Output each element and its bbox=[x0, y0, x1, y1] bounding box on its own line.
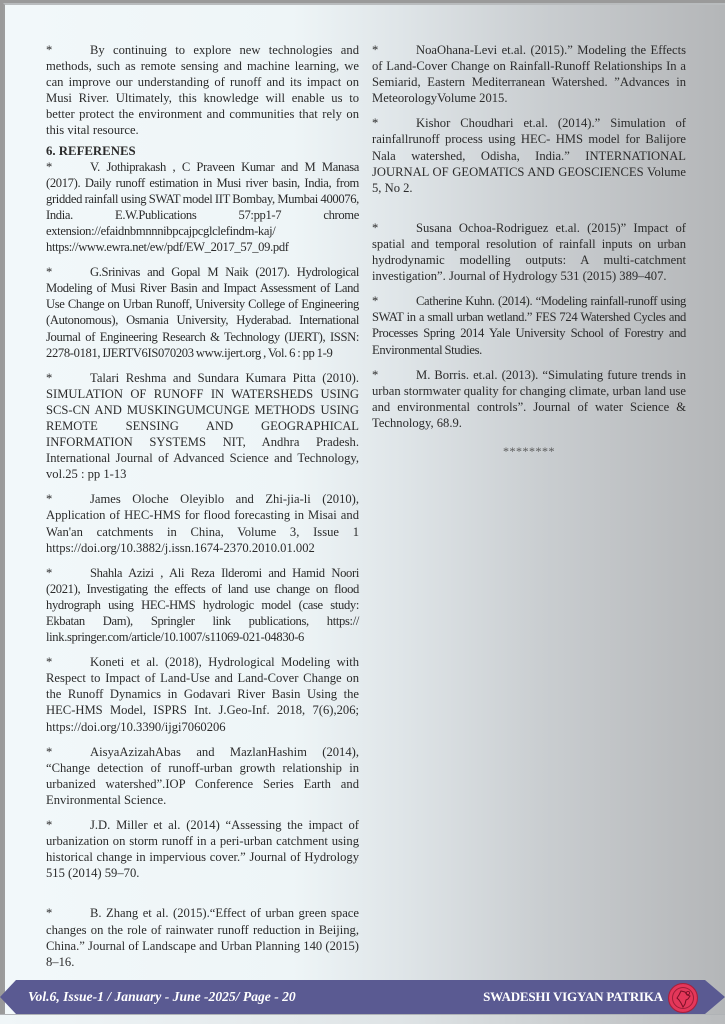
reference-item: *Kishor Choudhari et.al. (2014).” Simula… bbox=[372, 115, 686, 195]
bullet-asterisk: * bbox=[372, 42, 416, 58]
reference-text: Kishor Choudhari et.al. (2014).” Simulat… bbox=[372, 116, 686, 194]
reference-item: *Koneti et al. (2018), Hydrological Mode… bbox=[46, 654, 359, 734]
reference-item: *NoaOhana-Levi et.al. (2015).” Modeling … bbox=[372, 42, 686, 106]
issue-info-banner: Vol.6, Issue-1 / January - June -2025/ P… bbox=[0, 980, 440, 1014]
reference-item: *J.D. Miller et al. (2014) “Assessing th… bbox=[46, 817, 359, 881]
journal-emblem-icon bbox=[668, 983, 698, 1013]
journal-title: SWADESHI VIGYAN PATRIKA bbox=[483, 980, 663, 1014]
bullet-asterisk: * bbox=[46, 565, 90, 581]
reference-item: *Susana Ochoa-Rodriguez et.al. (2015)” I… bbox=[372, 220, 686, 284]
document-page: *By continuing to explore new technologi… bbox=[3, 3, 725, 1024]
reference-text: G.Srinivas and Gopal M Naik (2017). Hydr… bbox=[46, 265, 359, 359]
reference-item: *M. Borris. et.al. (2013). “Simulating f… bbox=[372, 367, 686, 431]
reference-item: *Talari Reshma and Sundara Kumara Pitta … bbox=[46, 370, 359, 483]
issue-info-text: Vol.6, Issue-1 / January - June -2025/ P… bbox=[28, 989, 296, 1004]
reference-text: James Oloche Oleyiblo and Zhi-jia-li (20… bbox=[46, 492, 359, 554]
bullet-asterisk: * bbox=[46, 264, 90, 280]
bullet-asterisk: * bbox=[372, 220, 416, 236]
bullet-asterisk: * bbox=[46, 370, 90, 386]
reference-text: NoaOhana-Levi et.al. (2015).” Modeling t… bbox=[372, 43, 686, 105]
reference-text: Catherine Kuhn. (2014). “Modeling rainfa… bbox=[372, 294, 686, 356]
paragraph-text: By continuing to explore new technologie… bbox=[46, 43, 359, 137]
reference-text: B. Zhang et al. (2015).“Effect of urban … bbox=[46, 906, 359, 968]
bullet-asterisk: * bbox=[46, 42, 90, 58]
bullet-asterisk: * bbox=[46, 905, 90, 921]
reference-text: J.D. Miller et al. (2014) “Assessing the… bbox=[46, 818, 359, 880]
reference-text: AisyaAzizahAbas and MazlanHashim (2014),… bbox=[46, 745, 359, 807]
reference-text: Shahla Azizi , Ali Reza Ilderomi and Ham… bbox=[46, 566, 359, 644]
bullet-asterisk: * bbox=[46, 491, 90, 507]
reference-text: Koneti et al. (2018), Hydrological Model… bbox=[46, 655, 359, 733]
references-heading: 6. REFERENES bbox=[46, 143, 359, 159]
reference-item: *James Oloche Oleyiblo and Zhi-jia-li (2… bbox=[46, 491, 359, 555]
reference-item: *B. Zhang et al. (2015).“Effect of urban… bbox=[46, 905, 359, 969]
page-footer: Vol.6, Issue-1 / January - June -2025/ P… bbox=[0, 980, 725, 1014]
reference-text: Susana Ochoa-Rodriguez et.al. (2015)” Im… bbox=[372, 221, 686, 283]
reference-text: Talari Reshma and Sundara Kumara Pitta (… bbox=[46, 371, 359, 482]
bullet-asterisk: * bbox=[46, 817, 90, 833]
bullet-asterisk: * bbox=[46, 159, 90, 175]
reference-item: *G.Srinivas and Gopal M Naik (2017). Hyd… bbox=[46, 264, 359, 361]
reference-item: *Catherine Kuhn. (2014). “Modeling rainf… bbox=[372, 293, 686, 357]
conclusion-paragraph: *By continuing to explore new technologi… bbox=[46, 42, 359, 139]
bullet-asterisk: * bbox=[372, 367, 416, 383]
bullet-asterisk: * bbox=[372, 293, 416, 309]
reference-item: *V. Jothiprakash , C Praveen Kumar and M… bbox=[46, 159, 359, 256]
reference-text: M. Borris. et.al. (2013). “Simulating fu… bbox=[372, 368, 686, 430]
right-column: *NoaOhana-Levi et.al. (2015).” Modeling … bbox=[372, 42, 686, 459]
india-map-icon bbox=[676, 990, 692, 1008]
bullet-asterisk: * bbox=[372, 115, 416, 131]
footer-bottom-strip bbox=[0, 1014, 725, 1024]
reference-item: *Shahla Azizi , Ali Reza Ilderomi and Ha… bbox=[46, 565, 359, 645]
reference-item: *AisyaAzizahAbas and MazlanHashim (2014)… bbox=[46, 744, 359, 808]
bullet-asterisk: * bbox=[46, 654, 90, 670]
left-column: *By continuing to explore new technologi… bbox=[46, 42, 359, 979]
reference-text: V. Jothiprakash , C Praveen Kumar and M … bbox=[46, 160, 359, 254]
end-of-article-mark: ******** bbox=[372, 443, 686, 459]
bullet-asterisk: * bbox=[46, 744, 90, 760]
